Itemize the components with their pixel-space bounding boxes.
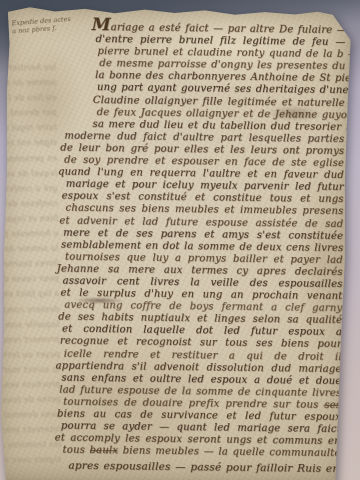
showthrough-line: promect rendre et	[2, 331, 60, 347]
showthrough-line: prochain venant a	[2, 377, 60, 393]
manuscript-page: les heritiers du dictsomme de dix livres…	[0, 4, 354, 480]
showthrough-line: a luy faict en bons	[1, 286, 59, 302]
showthrough-line: confesse debvoir	[0, 196, 58, 212]
showthrough-line: bien et loyaument	[0, 211, 58, 227]
showthrough-line: laquelle somme il	[1, 316, 59, 332]
showthrough-line: les heritiers du dict	[0, 60, 56, 76]
showthrough-line: lequel de son bon	[0, 165, 58, 181]
showthrough-line: taire royal soubz	[0, 120, 57, 136]
manuscript-text: Mariage a esté faict — par altre De fula…	[52, 20, 346, 476]
manuscript-photo: les heritiers du dictsomme de dix livres…	[0, 0, 360, 480]
manuscript-line: tous b̶a̶u̶l̶x̶ biens meubles — la quell…	[62, 445, 340, 460]
showthrough-line: signé ont comparu	[0, 135, 57, 151]
showthrough-line: gré a confessé et	[0, 181, 58, 197]
showthrough-line: payer au terme de	[2, 347, 60, 363]
showthrough-line: la sainct martin	[2, 362, 60, 378]
manuscript-line: apres espousailles — passé pour failloir…	[68, 460, 340, 475]
showthrough-line: au lieu de la dicte	[0, 90, 57, 106]
showthrough-line: peine de tous des	[3, 392, 61, 408]
showthrough-line: en personne sieur	[0, 150, 57, 166]
showthrough-line: par devant nous no	[0, 105, 57, 121]
showthrough-line: a honneste femme	[0, 226, 58, 242]
showthrough-line: livres tournoises	[1, 256, 59, 272]
showthrough-line: la somme de cent	[0, 241, 58, 257]
showthrough-line: somme de dix livres	[0, 75, 56, 91]
paper-shadow-wrap: les heritiers du dictsomme de dix livres…	[0, 0, 360, 480]
showthrough-line: deniers comptans	[1, 301, 59, 317]
showthrough-line: pour cause de prest	[1, 271, 59, 287]
